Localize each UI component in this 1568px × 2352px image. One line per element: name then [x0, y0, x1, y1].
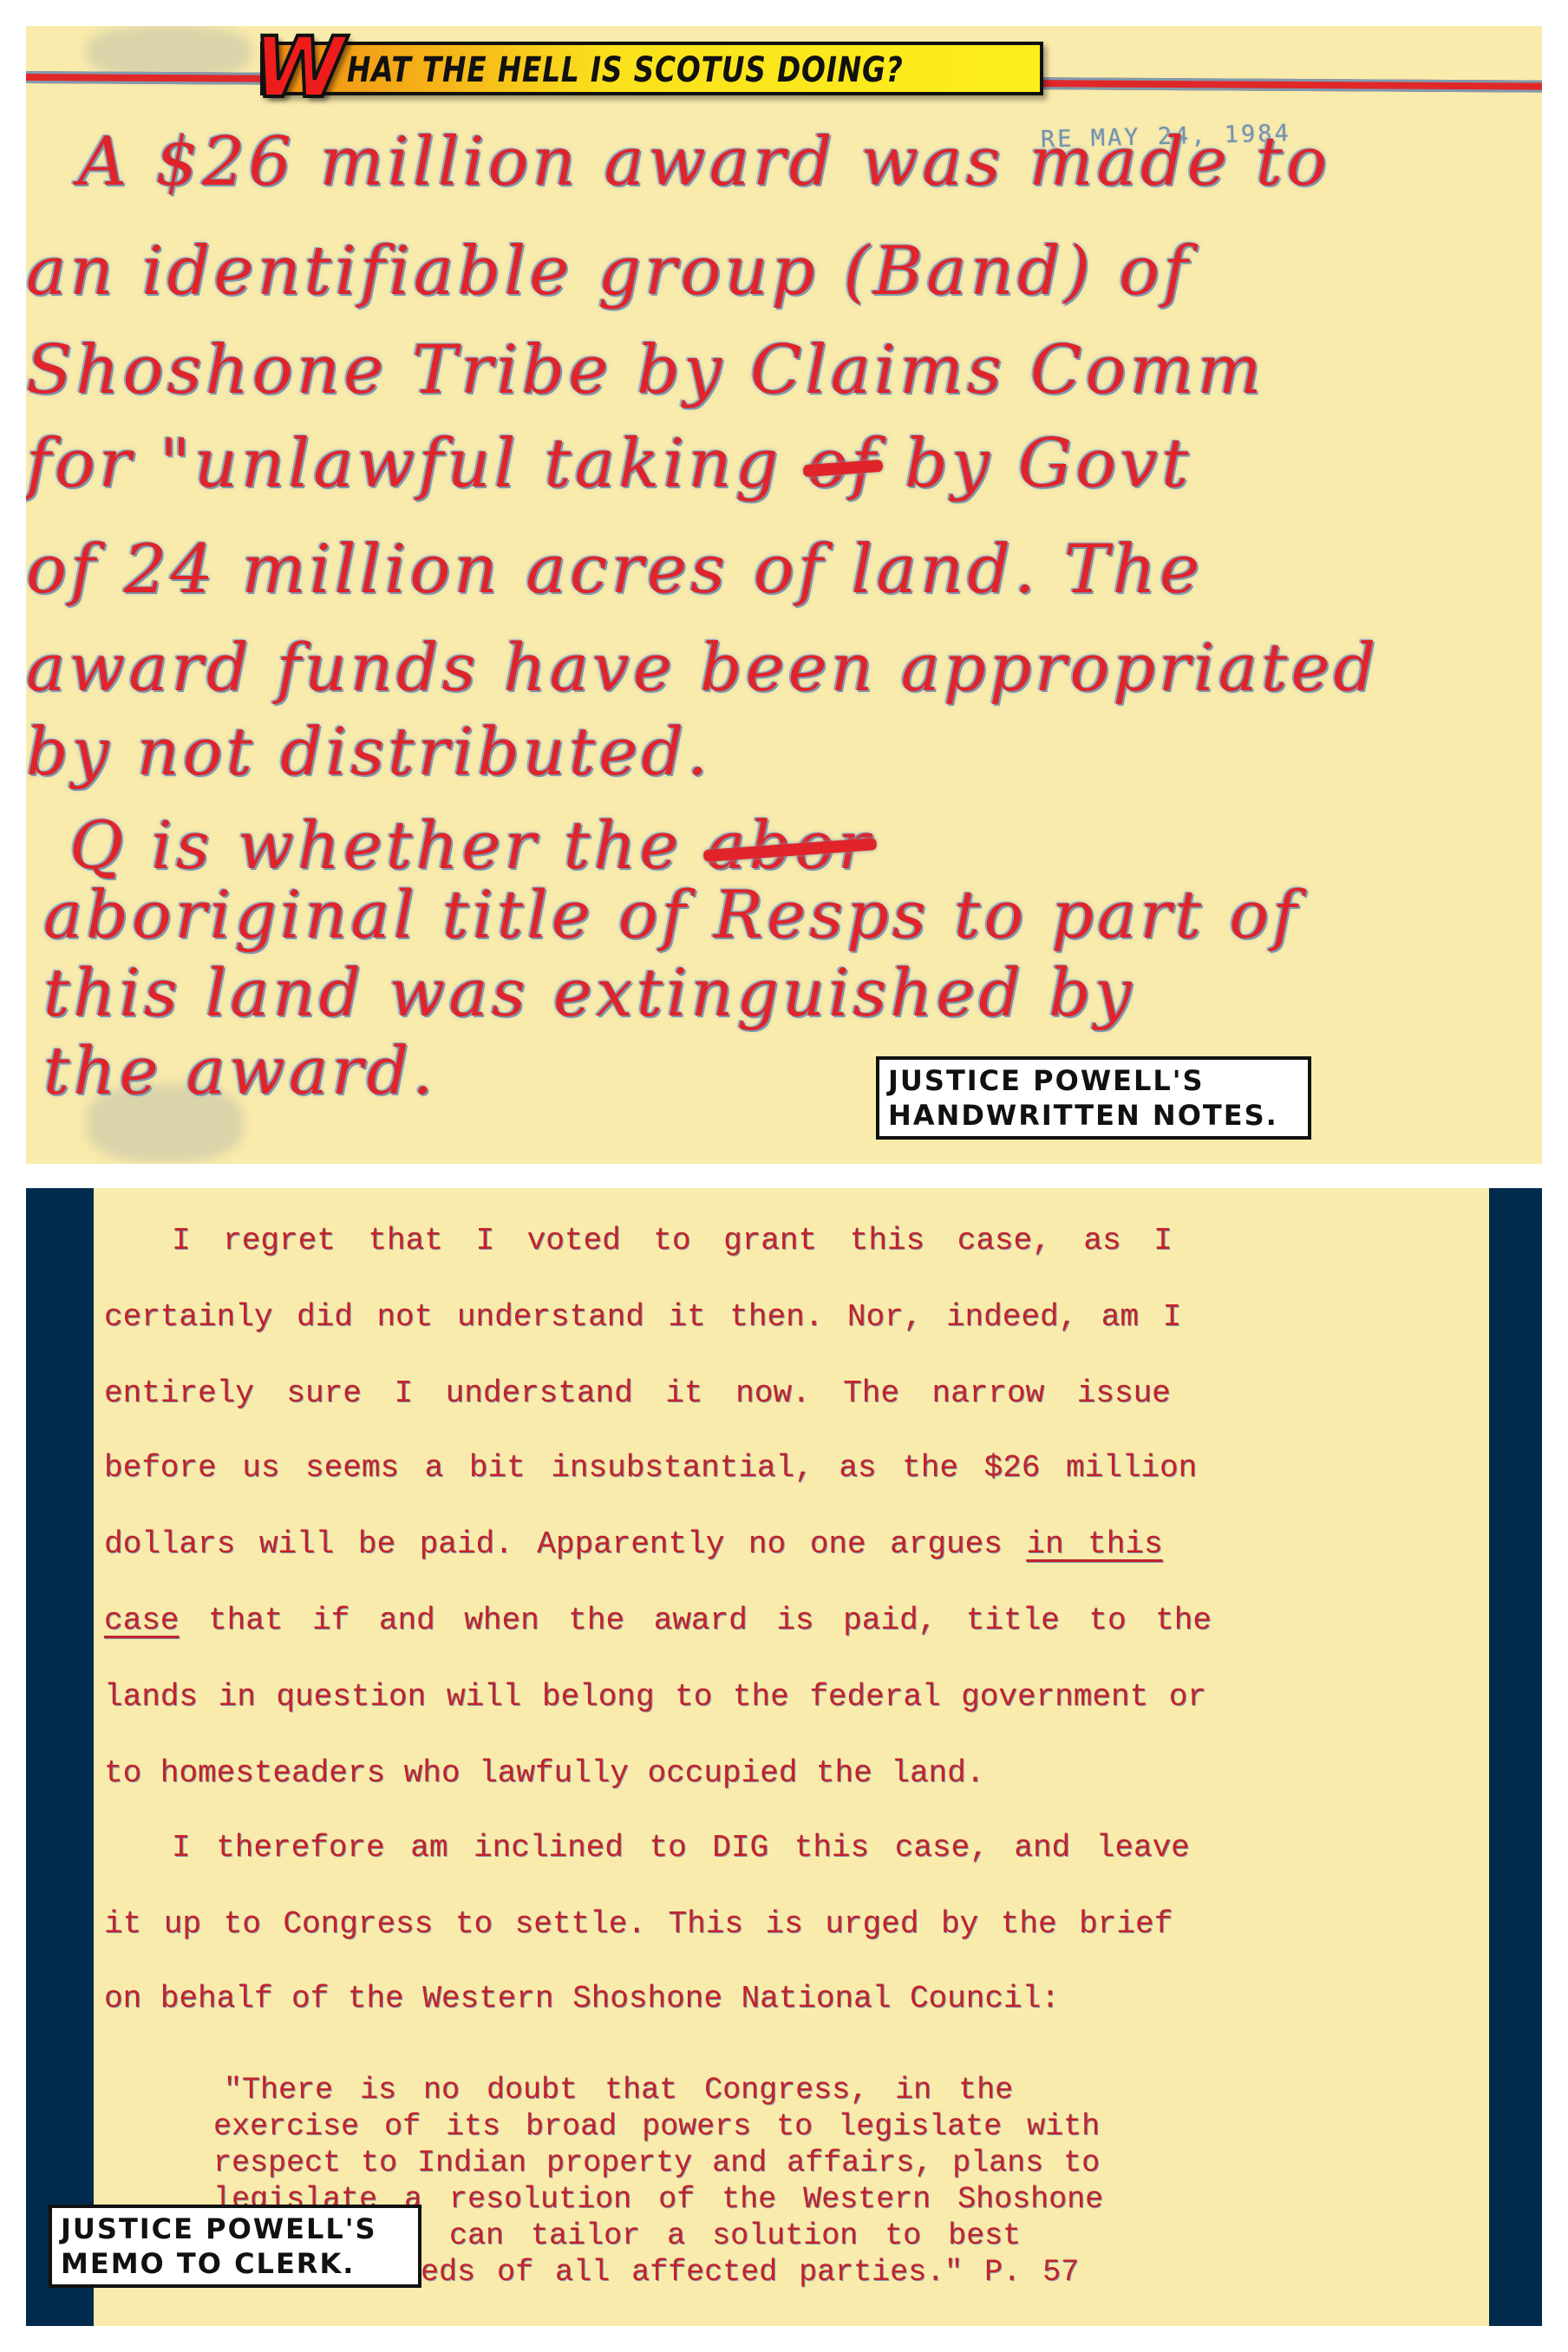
- title-text: HAT THE HELL IS SCOTUS DOING?: [347, 50, 904, 90]
- title-banner: HAT THE HELL IS SCOTUS DOING?: [260, 42, 1043, 95]
- underlined-text: in this: [1026, 1526, 1162, 1562]
- memo-panel: I regret that I voted to grant this case…: [26, 1188, 1542, 2326]
- memo-line: case that if and when the award is paid,…: [104, 1603, 1212, 1638]
- handwritten-line: Q is whether the abor: [69, 807, 873, 884]
- struck-word: abor: [707, 807, 873, 884]
- memo-line: I therefore am inclined to DIG this case…: [172, 1830, 1190, 1865]
- handwritten-text: Q is whether the: [69, 807, 682, 884]
- caption-memo-to-clerk: JUSTICE POWELL'S MEMO TO CLERK.: [49, 2205, 421, 2288]
- memo-paper: I regret that I voted to grant this case…: [94, 1188, 1489, 2326]
- quote-line: exercise of its broad powers to legislat…: [213, 2109, 1100, 2144]
- memo-line: I regret that I voted to grant this case…: [172, 1223, 1173, 1258]
- handwritten-line: of 24 million acres of land. The: [26, 531, 1203, 609]
- handwritten-line: Shoshone Tribe by Claims Comm: [26, 331, 1264, 409]
- handwritten-line: aboriginal title of Resps to part of: [43, 876, 1300, 953]
- memo-text: dollars will be paid. Apparently no one …: [104, 1526, 1026, 1562]
- quote-line: respect to Indian property and affairs, …: [213, 2146, 1100, 2180]
- handwritten-line: an identifiable group (Band) of: [26, 232, 1192, 310]
- handwritten-notes-panel: RE MAY 24, 1984 A $26 million award was …: [26, 26, 1542, 1164]
- memo-line: before us seems a bit insubstantial, as …: [104, 1450, 1197, 1486]
- paper-smudge: [87, 26, 252, 78]
- memo-line: on behalf of the Western Shoshone Nation…: [104, 1981, 1060, 2016]
- caption-handwritten-notes: JUSTICE POWELL'S HANDWRITTEN NOTES.: [876, 1056, 1311, 1140]
- handwritten-line: by not distributed.: [26, 713, 711, 790]
- handwritten-line: this land was extinguished by: [43, 954, 1135, 1031]
- handwritten-line: for "unlawful taking of by Govt: [26, 425, 1192, 503]
- handwritten-text: by Govt: [905, 425, 1192, 503]
- memo-line: certainly did not understand it then. No…: [104, 1299, 1181, 1335]
- handwritten-text: for "unlawful taking: [26, 425, 782, 503]
- quote-line: "There is no doubt that Congress, in the: [224, 2073, 1013, 2107]
- memo-line: to homesteaders who lawfully occupied th…: [104, 1755, 984, 1791]
- handwritten-line: A $26 million award was made to: [78, 123, 1330, 201]
- handwritten-line: the award.: [43, 1032, 436, 1109]
- memo-line: dollars will be paid. Apparently no one …: [104, 1526, 1163, 1562]
- memo-line: it up to Congress to settle. This is urg…: [104, 1906, 1173, 1942]
- memo-line: lands in question will belong to the fed…: [104, 1679, 1206, 1715]
- caption-line: JUSTICE POWELL'S: [61, 2212, 411, 2246]
- caption-line: JUSTICE POWELL'S: [888, 1063, 1301, 1098]
- underlined-text: case: [104, 1603, 179, 1638]
- title-initial-letter: W: [253, 26, 345, 109]
- handwritten-line: award funds have been appropriated: [26, 629, 1379, 706]
- caption-line: HANDWRITTEN NOTES.: [888, 1098, 1301, 1133]
- struck-word: of: [807, 425, 879, 503]
- memo-line: entirely sure I understand it now. The n…: [104, 1375, 1171, 1411]
- caption-line: MEMO TO CLERK.: [61, 2246, 411, 2281]
- memo-text: that if and when the award is paid, titl…: [179, 1603, 1212, 1638]
